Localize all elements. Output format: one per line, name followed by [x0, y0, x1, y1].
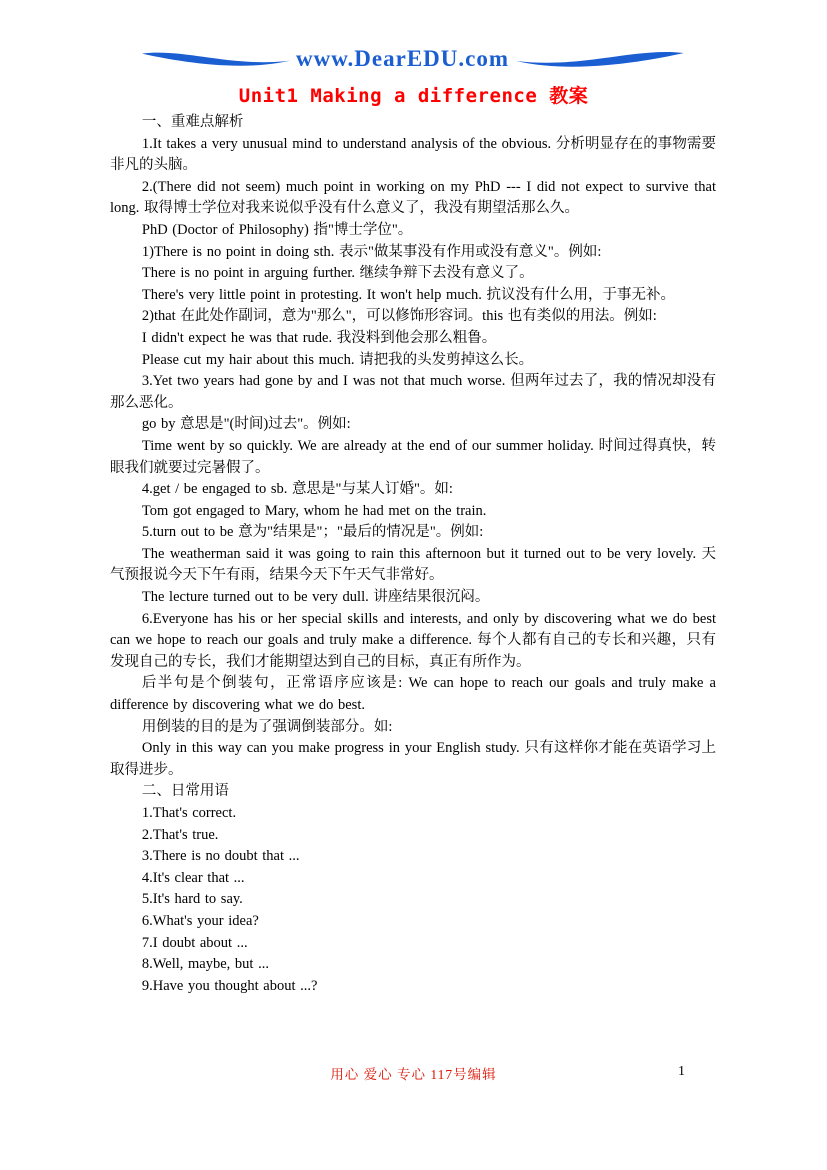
footer-note: 用心 爱心 专心 117号编辑 — [0, 1063, 827, 1083]
paragraph: Tom got engaged to Mary, whom he had met… — [110, 501, 716, 523]
paragraph: 4.It's clear that ... — [110, 868, 716, 890]
page-title: Unit1 Making a difference 教案 — [0, 81, 827, 108]
paragraph: 6.What's your idea? — [110, 911, 716, 933]
paragraph: The lecture turned out to be very dull. … — [110, 587, 716, 609]
paragraph: 2.(There did not seem) much point in wor… — [110, 177, 716, 220]
paragraph: 2.That's true. — [110, 825, 716, 847]
paragraph: 8.Well, maybe, but ... — [110, 954, 716, 976]
paragraph: 9.Have you thought about ...? — [110, 976, 716, 998]
paragraph: Only in this way can you make progress i… — [110, 738, 716, 781]
paragraph: 1.That's correct. — [110, 803, 716, 825]
paragraph: 1)There is no point in doing sth. 表示"做某事… — [110, 242, 716, 264]
wave-swoosh-right-icon — [514, 46, 686, 70]
wave-swoosh-left-icon — [141, 46, 291, 70]
document-page: www.DearEDU.com Unit1 Making a differenc… — [0, 0, 827, 1170]
paragraph: 用倒装的目的是为了强调倒装部分。如: — [110, 717, 716, 739]
paragraph: 5.turn out to be 意为"结果是"；"最后的情况是"。例如: — [110, 522, 716, 544]
paragraph: I didn't expect he was that rude. 我没料到他会… — [110, 328, 716, 350]
paragraph: go by 意思是"(时间)过去"。例如: — [110, 414, 716, 436]
paragraph: 6.Everyone has his or her special skills… — [110, 609, 716, 674]
section-heading: 二、日常用语 — [110, 781, 716, 803]
paragraph: 1.It takes a very unusual mind to unders… — [110, 134, 716, 177]
paragraph: Please cut my hair about this much. 请把我的… — [110, 350, 716, 372]
document-body: 一、重难点解析1.It takes a very unusual mind to… — [110, 112, 716, 997]
paragraph: 3.Yet two years had gone by and I was no… — [110, 371, 716, 414]
paragraph: There is no point in arguing further. 继续… — [110, 263, 716, 285]
paragraph: 4.get / be engaged to sb. 意思是"与某人订婚"。如: — [110, 479, 716, 501]
paragraph: 3.There is no doubt that ... — [110, 846, 716, 868]
page-number: 1 — [678, 1064, 685, 1080]
paragraph: PhD (Doctor of Philosophy) 指"博士学位"。 — [110, 220, 716, 242]
paragraph: The weatherman said it was going to rain… — [110, 544, 716, 587]
paragraph: Time went by so quickly. We are already … — [110, 436, 716, 479]
page-footer: 用心 爱心 专心 117号编辑 1 — [0, 1063, 827, 1087]
paragraph: 后半句是个倒装句，正常语序应该是: We can hope to reach o… — [110, 673, 716, 716]
section-heading: 一、重难点解析 — [110, 112, 716, 134]
logo-text: www.DearEDU.com — [296, 47, 509, 70]
paragraph: 5.It's hard to say. — [110, 889, 716, 911]
paragraph: There's very little point in protesting.… — [110, 285, 716, 307]
paragraph: 2)that 在此处作副词，意为"那么"，可以修饰形容词。this 也有类似的用… — [110, 306, 716, 328]
paragraph: 7.I doubt about ... — [110, 933, 716, 955]
dearedu-logo: www.DearEDU.com — [0, 46, 827, 70]
